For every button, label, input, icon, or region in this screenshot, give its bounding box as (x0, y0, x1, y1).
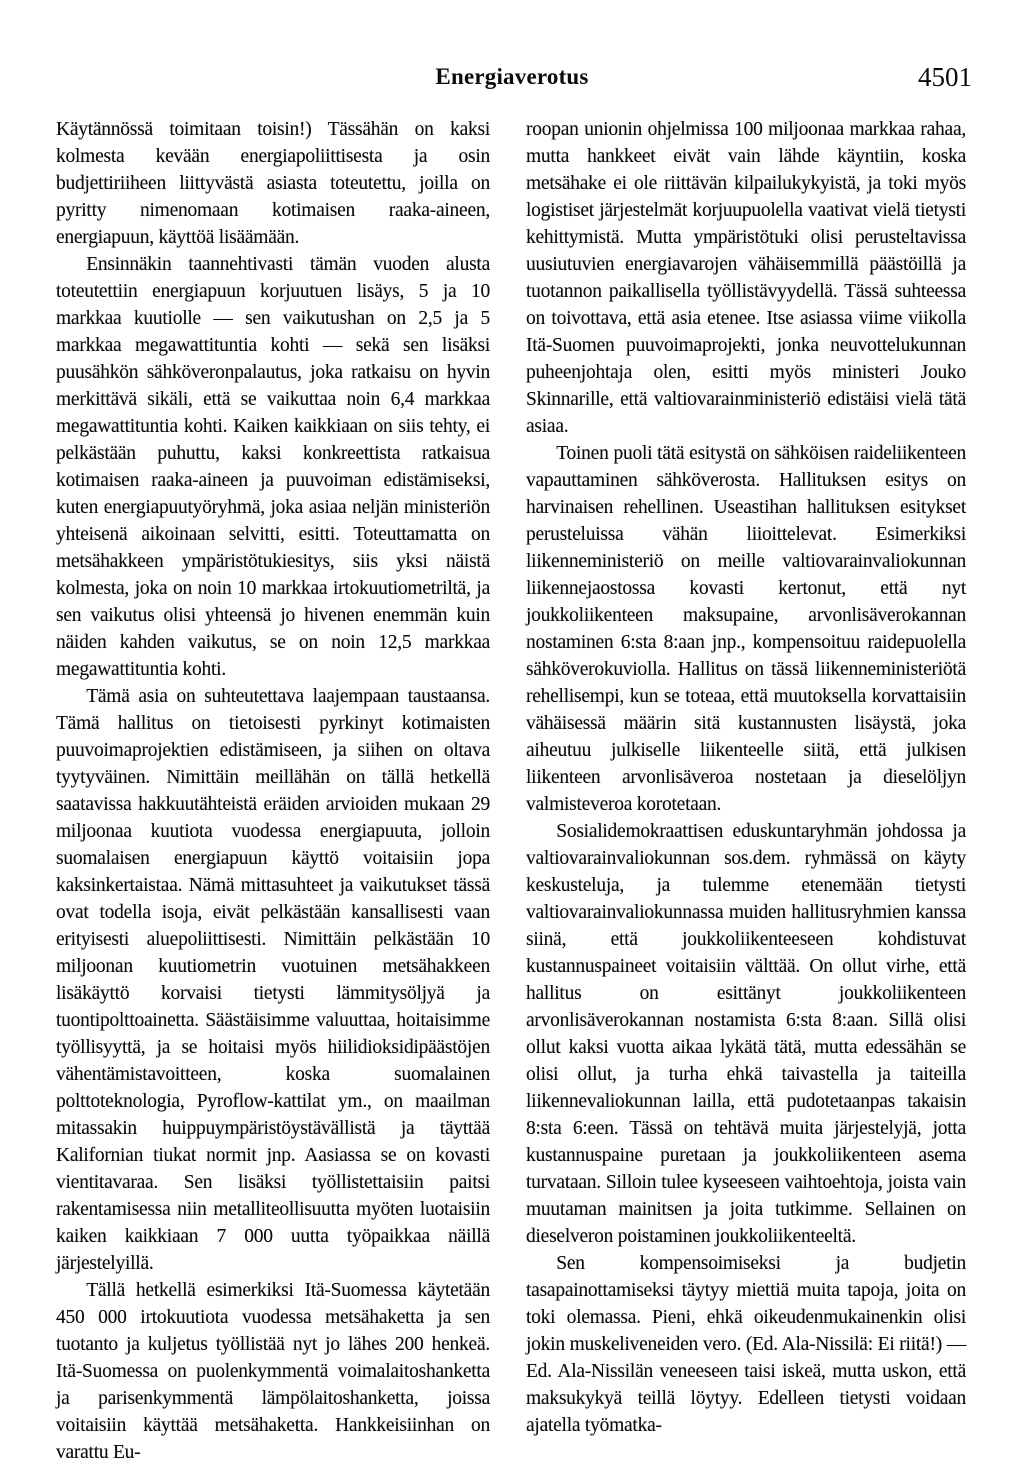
paragraph-continuation: Käytännössä toimitaan toisin!) Tässähän … (56, 116, 490, 251)
paragraph: Ensinnäkin taannehtivasti tämän vuoden a… (56, 251, 490, 683)
left-column: Käytännössä toimitaan toisin!) Tässähän … (56, 116, 490, 1466)
running-title: Energiaverotus (435, 64, 588, 90)
right-column: roopan unionin ohjelmissa 100 miljoonaa … (526, 116, 966, 1466)
paragraph-continuation: roopan unionin ohjelmissa 100 miljoonaa … (526, 116, 966, 440)
paragraph: Tällä hetkellä esimerkiksi Itä-Suomessa … (56, 1277, 490, 1466)
page-header: Energiaverotus 4501 (0, 62, 1024, 98)
paragraph: Sen kompensoimiseksi ja budjetin tasapai… (526, 1250, 966, 1439)
paragraph: Tämä asia on suhteutettava laajempaan ta… (56, 683, 490, 1277)
paragraph: Sosialidemokraattisen eduskuntaryhmän jo… (526, 818, 966, 1250)
speech-body: Käytännössä toimitaan toisin!) Tässähän … (56, 116, 966, 1466)
document-page: Energiaverotus 4501 Käytännössä toimitaa… (0, 0, 1024, 1471)
paragraph: Toinen puoli tätä esitystä on sähköisen … (526, 440, 966, 818)
page-number: 4501 (918, 62, 972, 93)
